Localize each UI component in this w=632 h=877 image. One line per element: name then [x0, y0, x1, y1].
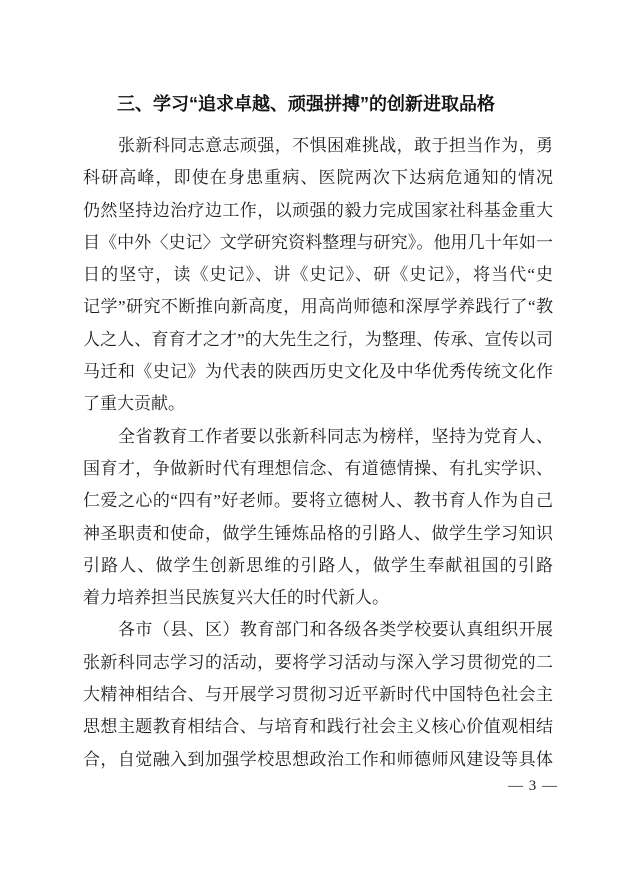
- document-page: 三、学习“追求卓越、顽强拼搏”的创新进取品格 张新科同志意志顽强，不惧困难挑战，…: [0, 0, 632, 877]
- document-content: 三、学习“追求卓越、顽强拼搏”的创新进取品格 张新科同志意志顽强，不惧困难挑战，…: [83, 0, 553, 776]
- paragraph-1: 张新科同志意志顽强，不惧困难挑战，敢于担当作为，勇攀科研高峰，即使在身患重病、医…: [83, 130, 553, 421]
- page-number: — 3 —: [508, 778, 558, 794]
- text-line: 人之人、育育才之才”的大先生之行，为整理、传承、宣传以司: [83, 324, 553, 356]
- text-line: 张新科同志意志顽强，不惧困难挑战，敢于担当作为，勇攀: [83, 130, 553, 162]
- document-body: 张新科同志意志顽强，不惧困难挑战，敢于担当作为，勇攀科研高峰，即使在身患重病、医…: [83, 130, 553, 776]
- text-line: 引路人、做学生创新思维的引路人，做学生奉献祖国的引路人，: [83, 550, 553, 582]
- text-line: 科研高峰，即使在身患重病、医院两次下达病危通知的情况下，: [83, 162, 553, 194]
- text-line: 日的坚守，读《史记》、讲《史记》、研《史记》，将当代“史: [83, 259, 553, 291]
- text-line: 大精神相结合、与开展学习贯彻习近平新时代中国特色社会主义: [83, 679, 553, 711]
- text-line: 了重大贡献。: [83, 388, 553, 420]
- text-line: 仍然坚持边治疗边工作，以顽强的毅力完成国家社科基金重大项: [83, 195, 553, 227]
- page-footer: — 3 —: [508, 776, 558, 796]
- text-line: 仁爱之心的“四有”好老师。要将立德树人、教书育人作为自己的: [83, 485, 553, 517]
- paragraph-2: 全省教育工作者要以张新科同志为榜样，坚持为党育人、为国育才，争做新时代有理想信念…: [83, 421, 553, 615]
- text-line: 张新科同志学习的活动，要将学习活动与深入学习贯彻党的二十: [83, 647, 553, 679]
- text-line: 思想主题教育相结合、与培育和践行社会主义核心价值观相结: [83, 711, 553, 743]
- text-line: 着力培养担当民族复兴大任的时代新人。: [83, 582, 553, 614]
- text-line: 合，自觉融入到加强学校思想政治工作和师德师风建设等具体工: [83, 744, 553, 776]
- text-line: 马迁和《史记》为代表的陕西历史文化及中华优秀传统文化作出: [83, 356, 553, 388]
- text-line: 目《中外〈史记〉文学研究资料整理与研究》。他用几十年如一: [83, 227, 553, 259]
- text-line: 神圣职责和使命，做学生锤炼品格的引路人、做学生学习知识的: [83, 518, 553, 550]
- text-line: 全省教育工作者要以张新科同志为榜样，坚持为党育人、为: [83, 421, 553, 453]
- text-line: 记学”研究不断推向新高度，用高尚师德和深厚学养践行了“教教: [83, 291, 553, 323]
- paragraph-3: 各市（县、区）教育部门和各级各类学校要认真组织开展向张新科同志学习的活动，要将学…: [83, 614, 553, 775]
- text-line: 国育才，争做新时代有理想信念、有道德情操、有扎实学识、有: [83, 453, 553, 485]
- text-line: 各市（县、区）教育部门和各级各类学校要认真组织开展向: [83, 614, 553, 646]
- section-heading: 三、学习“追求卓越、顽强拼搏”的创新进取品格: [83, 0, 553, 117]
